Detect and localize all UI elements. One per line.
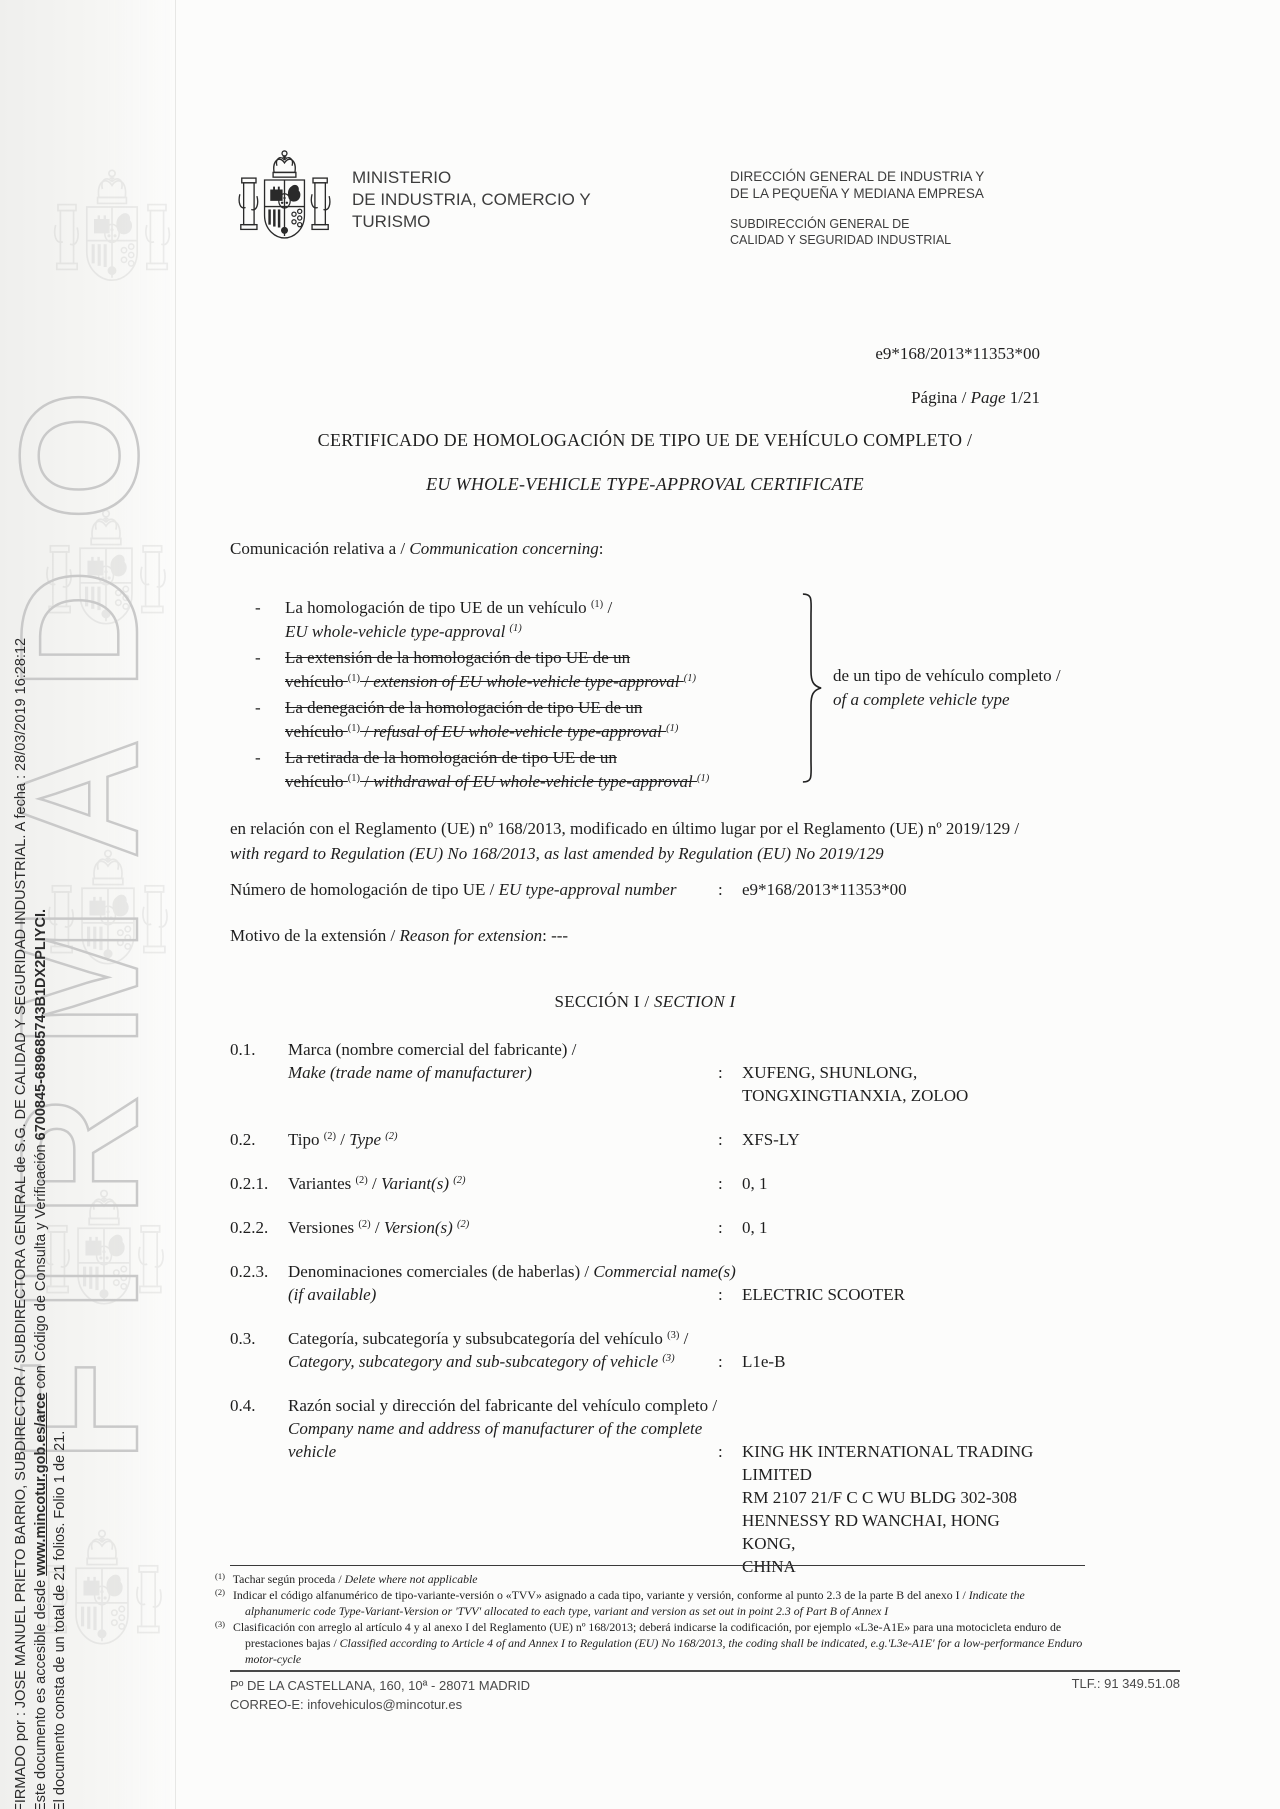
grouping-brace-icon [799, 592, 825, 784]
communication-options-list: - La homologación de tipo UE de un vehíc… [255, 596, 755, 796]
footnote-divider [230, 1565, 1085, 1566]
footer-email: CORREO-E: infovehiculos@mincotur.es [230, 1695, 530, 1714]
extension-reason-row: Motivo de la extensión / Reason for exte… [230, 926, 1060, 946]
section-rows: 0.1. Marca (nombre comercial del fabrica… [230, 1038, 1060, 1576]
signature-line: FIRMADO por : JOSE MANUEL PRIETO BARRIO,… [12, 307, 32, 1809]
row-commercial-names: 0.2.3. Denominaciones comerciales (de ha… [230, 1260, 1060, 1306]
footer-divider [230, 1670, 1180, 1672]
access-line: Este documento es accesible desde www.mi… [32, 307, 52, 1809]
folio-line: El documento consta de un total de 21 fo… [51, 307, 71, 1809]
row-type: 0.2. Tipo (2) / Type (2) : XFS-LY [230, 1128, 1060, 1151]
type-approval-number-row: Número de homologación de tipo UE / EU t… [230, 880, 1060, 900]
ministry-name: MINISTERIO DE INDUSTRIA, COMERCIO Y TURI… [352, 167, 591, 233]
make-value: XUFENG, SHUNLONG, TONGXINGTIANXIA, ZOLOO [742, 1061, 1047, 1107]
manufacturer-value: KING HK INTERNATIONAL TRADING LIMITED RM… [742, 1440, 1047, 1578]
row-versions: 0.2.2. Versiones (2) / Version(s) (2) : … [230, 1216, 1060, 1239]
list-item-refusal-struck: - La denegación de la homologación de ti… [255, 696, 755, 744]
row-manufacturer: 0.4. Razón social y dirección del fabric… [230, 1394, 1060, 1555]
section-heading: SECCIÓN I / SECTION I [230, 992, 1060, 1012]
row-make: 0.1. Marca (nombre comercial del fabrica… [230, 1038, 1060, 1107]
list-item-withdrawal-struck: - La retirada de la homologación de tipo… [255, 746, 755, 794]
brace-note: de un tipo de vehículo completo / of a c… [833, 664, 1093, 712]
regulation-paragraph: en relación con el Reglamento (UE) nº 16… [230, 816, 1045, 866]
variants-value: 0, 1 [742, 1172, 1047, 1195]
dash-bullet: - [255, 646, 285, 694]
footer-address-block: Pº DE LA CASTELLANA, 160, 10ª - 28071 MA… [230, 1676, 530, 1714]
subdirectorate-general: SUBDIRECCIÓN GENERAL DE CALIDAD Y SEGURI… [730, 216, 951, 248]
list-item-type-approval: - La homologación de tipo UE de un vehíc… [255, 596, 755, 644]
certificate-title-es: CERTIFICADO DE HOMOLOGACIÓN DE TIPO UE D… [230, 430, 1060, 451]
page-indicator: Página / Page 1/21 [230, 388, 1040, 408]
approval-number-top: e9*168/2013*11353*00 [230, 344, 1040, 364]
category-value: L1e-B [742, 1350, 1047, 1373]
footer-address: Pº DE LA CASTELLANA, 160, 10ª - 28071 MA… [230, 1676, 530, 1695]
dash-bullet: - [255, 596, 285, 644]
type-approval-number-value: e9*168/2013*11353*00 [742, 880, 907, 900]
communication-concerning-label: Comunicación relativa a / Communication … [230, 539, 603, 559]
footnote-2: (2) Indicar el código alfanumérico de ti… [230, 1587, 1085, 1619]
commercial-name-value: ELECTRIC SCOOTER [742, 1283, 1047, 1306]
footer-phone: TLF.: 91 349.51.08 [880, 1676, 1180, 1691]
certificate-title-en: EU WHOLE-VEHICLE TYPE-APPROVAL CERTIFICA… [230, 474, 1060, 495]
scanned-certificate-page: FIRMADO FIRMADO por : JOSE MANUEL PRIETO… [0, 0, 1280, 1809]
dash-bullet: - [255, 696, 285, 744]
footnote-1: (1) Tachar según proceda / Delete where … [230, 1571, 1085, 1587]
extension-reason-value: --- [551, 926, 568, 945]
spain-coat-of-arms-icon [237, 146, 332, 252]
list-item-extension-struck: - La extensión de la homologación de tip… [255, 646, 755, 694]
directorate-general: DIRECCIÓN GENERAL DE INDUSTRIA Y DE LA P… [730, 168, 984, 202]
row-category: 0.3. Categoría, subcategoría y subsubcat… [230, 1327, 1060, 1373]
row-variants: 0.2.1. Variantes (2) / Variant(s) (2) : … [230, 1172, 1060, 1195]
verification-url: www.mincotur.gob.es/arce [33, 1393, 49, 1576]
versions-value: 0, 1 [742, 1216, 1047, 1239]
verification-code: 6700845-689685743B1DX2PLIYCI. [33, 909, 49, 1140]
dash-bullet: - [255, 746, 285, 794]
signature-sidebar: FIRMADO por : JOSE MANUEL PRIETO BARRIO,… [12, 307, 71, 1809]
type-value: XFS-LY [742, 1128, 1047, 1151]
footnotes: (1) Tachar según proceda / Delete where … [230, 1571, 1085, 1667]
footnote-3: (3) Clasificación con arreglo al artícul… [230, 1619, 1085, 1667]
